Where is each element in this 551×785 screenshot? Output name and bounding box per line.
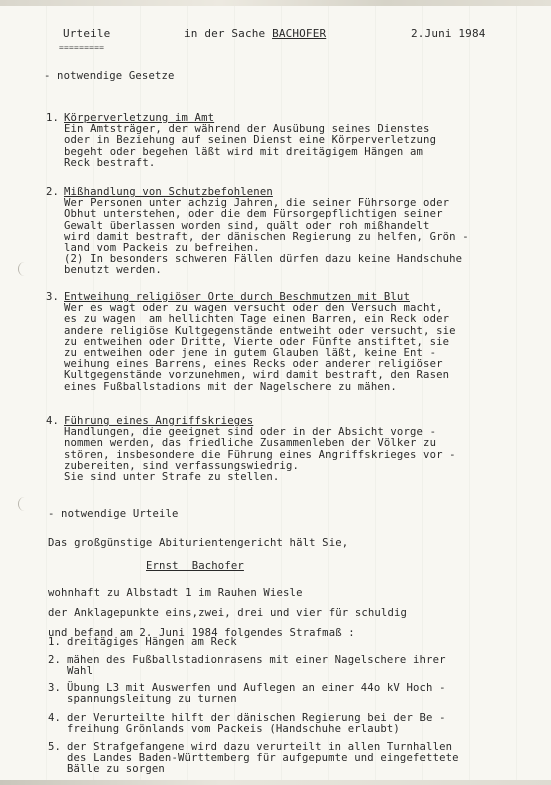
law-text-line: eines Fußballstadions mit der Nagelscher… (64, 382, 397, 393)
document-title: Urteile (63, 28, 110, 39)
law-number: 2. (46, 187, 59, 198)
punch-hole-mark (18, 262, 31, 276)
sentence-number: 4. (48, 713, 61, 724)
law-text-line: nommen werden, das friedliche Zusammenle… (64, 438, 436, 449)
sentence-number: 3. (48, 683, 61, 694)
law-text-line: Gewalt überlassen worden sind, quält ode… (64, 221, 430, 232)
verdicts-heading: - notwendige Urteile (48, 509, 179, 520)
typewritten-page: Urteile ========= in der Sache BACHOFER … (0, 0, 551, 785)
sentence-text-line: dreitägiges Hängen am Reck (67, 637, 237, 648)
sentence-text-line: Wahl (67, 666, 93, 677)
punch-hole-mark (18, 497, 31, 511)
law-text-line: Kultgegenstände vorzunehmen, wird damit … (64, 370, 449, 381)
law-text-line: oder in Beziehung auf seinen Dienst eine… (64, 135, 436, 146)
sentence-text-line: spannungsleitung zu turnen (67, 694, 237, 705)
law-number: 3. (46, 292, 59, 303)
sentence-number: 5. (48, 742, 61, 753)
law-text-line: begeht oder begehen läßt wird mit dreitä… (64, 147, 423, 158)
title-double-underline: ========= (59, 43, 104, 52)
page-top-edge (0, 0, 551, 6)
document-date: 2.Juni 1984 (411, 28, 486, 39)
law-text-line: es zu wagen am hellichten Tage einen Bar… (64, 314, 449, 325)
laws-heading: - notwendige Gesetze (44, 71, 175, 82)
defendant-name: Ernst Bachofer (146, 561, 244, 572)
defendant-residence: wohnhaft zu Albstadt 1 im Rauhen Wiesle (48, 588, 303, 599)
law-text-line: benutzt werden. (64, 265, 162, 276)
sentence-text-line: mähen des Fußballstadionrasens mit einer… (67, 655, 446, 666)
law-text-line: Sie sind unter Strafe zu stellen. (64, 472, 279, 483)
verdict-intro: Das großgünstige Abiturientengericht häl… (48, 538, 348, 549)
subject-prefix: in der Sache (184, 27, 265, 40)
law-text-line: Reck bestraft. (64, 158, 155, 169)
sentence-text-line: Bälle zu sorgen (67, 764, 165, 775)
subject-name: BACHOFER (272, 27, 326, 40)
law-text-line: andere religiöse Kultgegenstände entweih… (64, 326, 456, 337)
case-subject: in der Sache BACHOFER (184, 28, 326, 39)
law-number: 1. (46, 113, 59, 124)
law-number: 4. (46, 416, 59, 427)
law-text-line: stören, insbesondere die Führung eines A… (64, 450, 456, 461)
law-text-line: Obhut unterstehen, oder die dem Fürsorge… (64, 209, 443, 220)
charges-statement: der Anklagepunkte eins,zwei, drei und vi… (48, 608, 407, 619)
sentence-number: 1. (48, 637, 61, 648)
sentence-number: 2. (48, 655, 61, 666)
sentence-text-line: freihung Grönlands vom Packeis (Handschu… (67, 724, 400, 735)
page-bottom-edge (0, 780, 551, 785)
